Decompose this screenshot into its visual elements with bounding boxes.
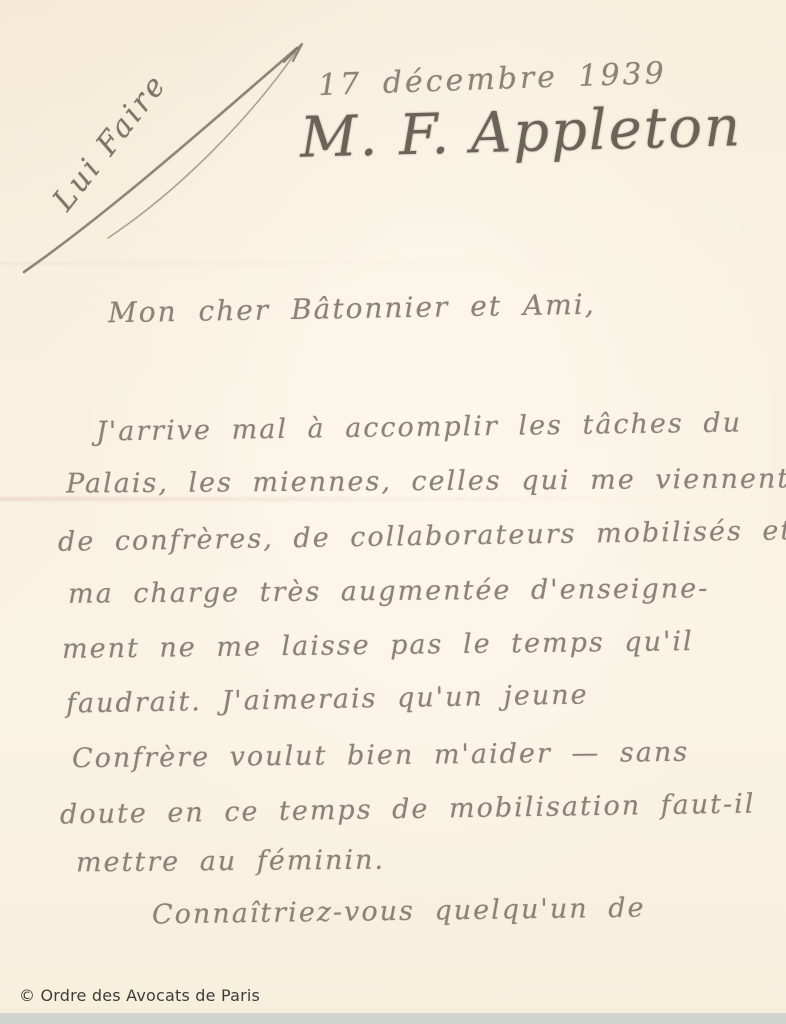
archival-annotation: Lui Faire xyxy=(46,67,174,218)
fold-crease-upper xyxy=(0,262,786,265)
letter-body-line: J'arrive mal à accomplir les tâches du xyxy=(96,407,742,447)
letter-body-line: Confrère voulut bien m'aider — sans xyxy=(72,737,689,774)
letter-body-line: ment ne me laisse pas le temps qu'il xyxy=(62,626,694,665)
letter-body-line: mettre au féminin. xyxy=(76,845,385,879)
letter-salutation: Mon cher Bâtonnier et Ami, xyxy=(108,288,596,330)
letter-body-line: Palais, les miennes, celles qui me vienn… xyxy=(66,463,786,499)
letter-author-name: M. F. Appleton xyxy=(299,94,743,171)
pencil-flourish-stroke xyxy=(0,0,340,300)
letter-scan-page: Lui Faire 17 décembre 1939 M. F. Appleto… xyxy=(0,0,786,1024)
letter-date: 17 décembre 1939 xyxy=(317,56,667,103)
letter-body-line: ma charge très augmentée d'enseigne- xyxy=(68,573,710,610)
letter-body-line: doute en ce temps de mobilisation faut-i… xyxy=(60,789,756,831)
copyright-credit: © Ordre des Avocats de Paris xyxy=(19,986,260,1005)
letter-body-line: faudrait. J'aimerais qu'un jeune xyxy=(66,679,589,719)
letter-body-line: Connaîtriez-vous quelqu'un de xyxy=(152,893,646,931)
letter-body-line: de confrères, de collaborateurs mobilisé… xyxy=(58,515,786,558)
bottom-edge-bar xyxy=(0,1013,786,1024)
